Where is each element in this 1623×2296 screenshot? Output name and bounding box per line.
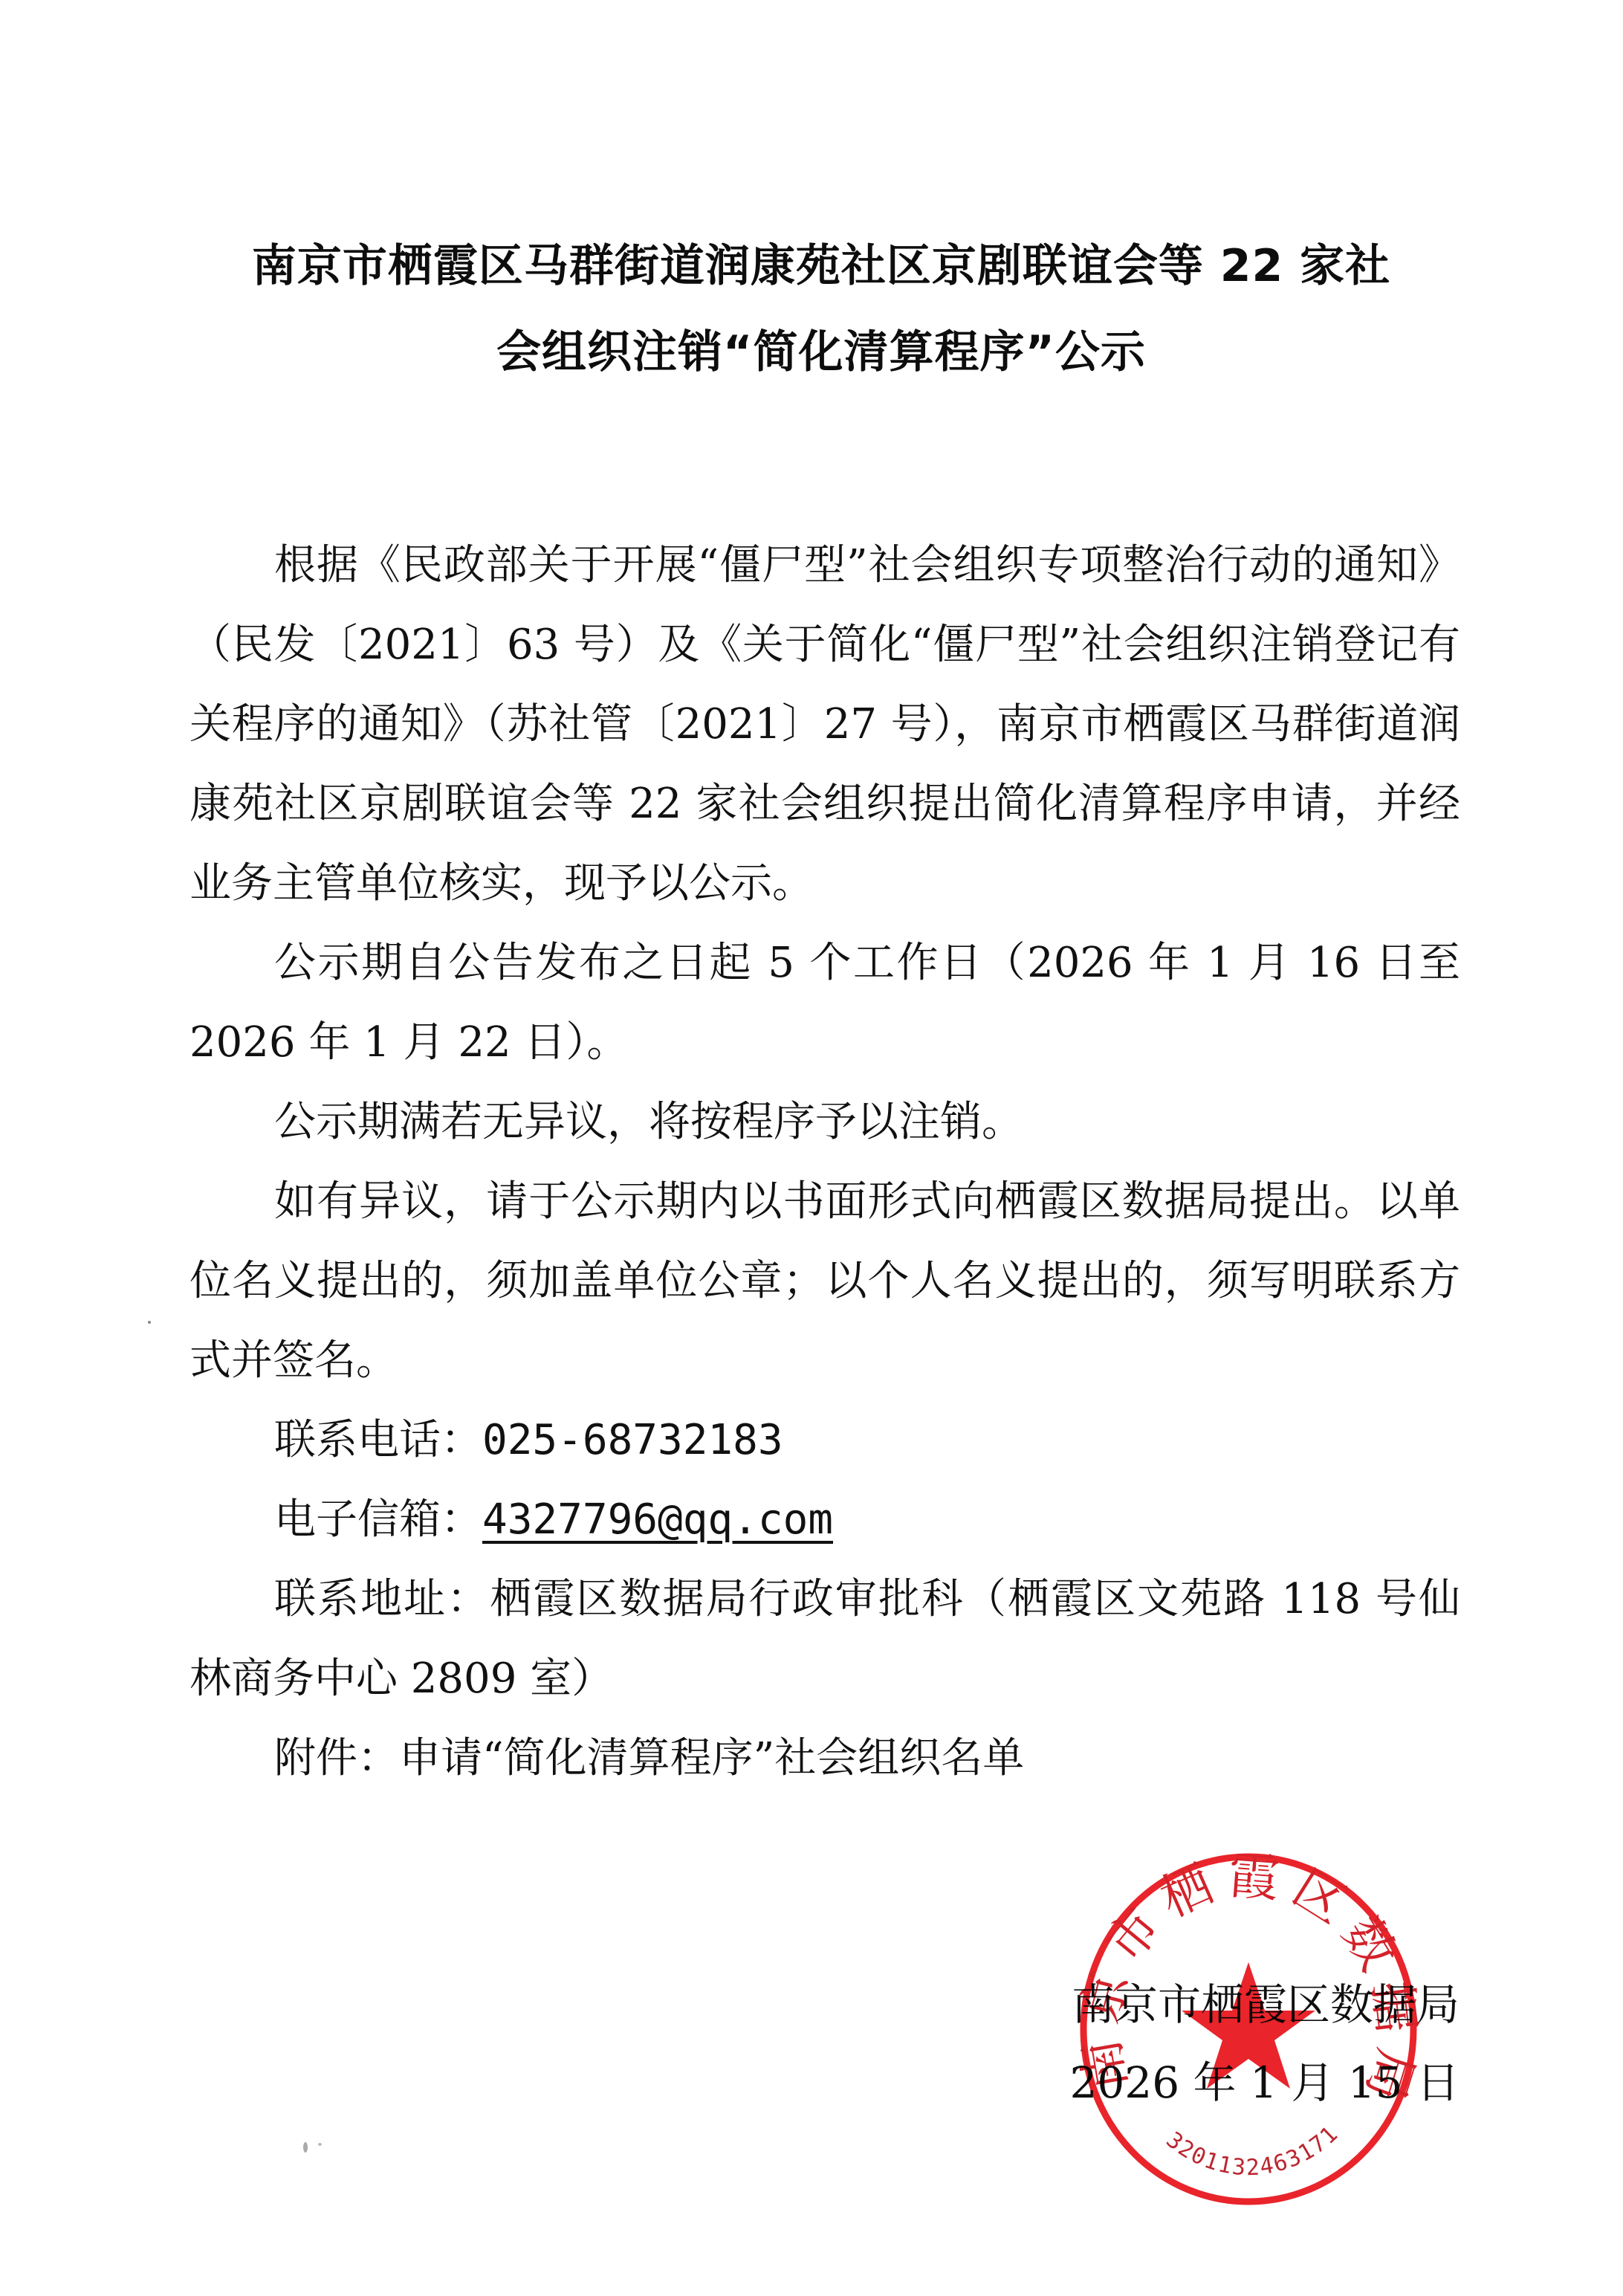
issue-date: 2026 年 1 月 15 日 xyxy=(1070,2044,1460,2122)
contact-phone-label: 联系电话： xyxy=(274,1416,482,1464)
signature-block: 南京市栖霞区数据局 2026 年 1 月 15 日 xyxy=(1070,1966,1460,2122)
seal-code-text: 3201132463171 xyxy=(1161,2121,1344,2181)
contact-address: 联系地址：栖霞区数据局行政审批科（栖霞区文苑路 118 号仙林商务中心 2809… xyxy=(189,1559,1460,1718)
paragraph-no-objection: 公示期满若无异议，将按程序予以注销。 xyxy=(189,1082,1460,1162)
title-line-1: 南京市栖霞区马群街道润康苑社区京剧联谊会等 22 家社 xyxy=(186,223,1457,309)
scan-speck xyxy=(303,2142,308,2153)
paragraph-period: 公示期自公告发布之日起 5 个工作日（2026 年 1 月 16 日至 2026… xyxy=(189,923,1460,1082)
attachment-value: 申请“简化清算程序”社会组织名单 xyxy=(399,1734,1024,1782)
contact-email-label: 电子信箱： xyxy=(274,1495,482,1544)
attachment-line: 附件：申请“简化清算程序”社会组织名单 xyxy=(189,1718,1460,1798)
title-line-2: 会组织注销“简化清算程序”公示 xyxy=(186,309,1457,395)
paragraph-basis: 根据《民政部关于开展“僵尸型”社会组织专项整治行动的通知》（民发〔2021〕63… xyxy=(189,526,1460,923)
contact-email: 电子信箱：4327796@qq.com xyxy=(189,1480,1460,1559)
scan-speck xyxy=(318,2143,322,2146)
issuer-name: 南京市栖霞区数据局 xyxy=(1070,1966,1460,2044)
document-body: 根据《民政部关于开展“僵尸型”社会组织专项整治行动的通知》（民发〔2021〕63… xyxy=(189,526,1460,1798)
contact-email-link[interactable]: 4327796@qq.com xyxy=(482,1495,833,1544)
document-title: 南京市栖霞区马群街道润康苑社区京剧联谊会等 22 家社 会组织注销“简化清算程序… xyxy=(186,223,1457,395)
paragraph-objection: 如有异议，请于公示期内以书面形式向栖霞区数据局提出。以单位名义提出的，须加盖单位… xyxy=(189,1162,1460,1400)
attachment-label: 附件： xyxy=(274,1734,399,1782)
contact-phone: 联系电话：025-68732183 xyxy=(189,1400,1460,1480)
document-page: 南京市栖霞区马群街道润康苑社区京剧联谊会等 22 家社 会组织注销“简化清算程序… xyxy=(0,0,1623,2296)
svg-text:3201132463171: 3201132463171 xyxy=(1161,2121,1344,2181)
scan-speck xyxy=(148,1321,151,1324)
contact-address-label: 联系地址： xyxy=(274,1575,490,1623)
contact-phone-value: 025-68732183 xyxy=(482,1416,783,1464)
